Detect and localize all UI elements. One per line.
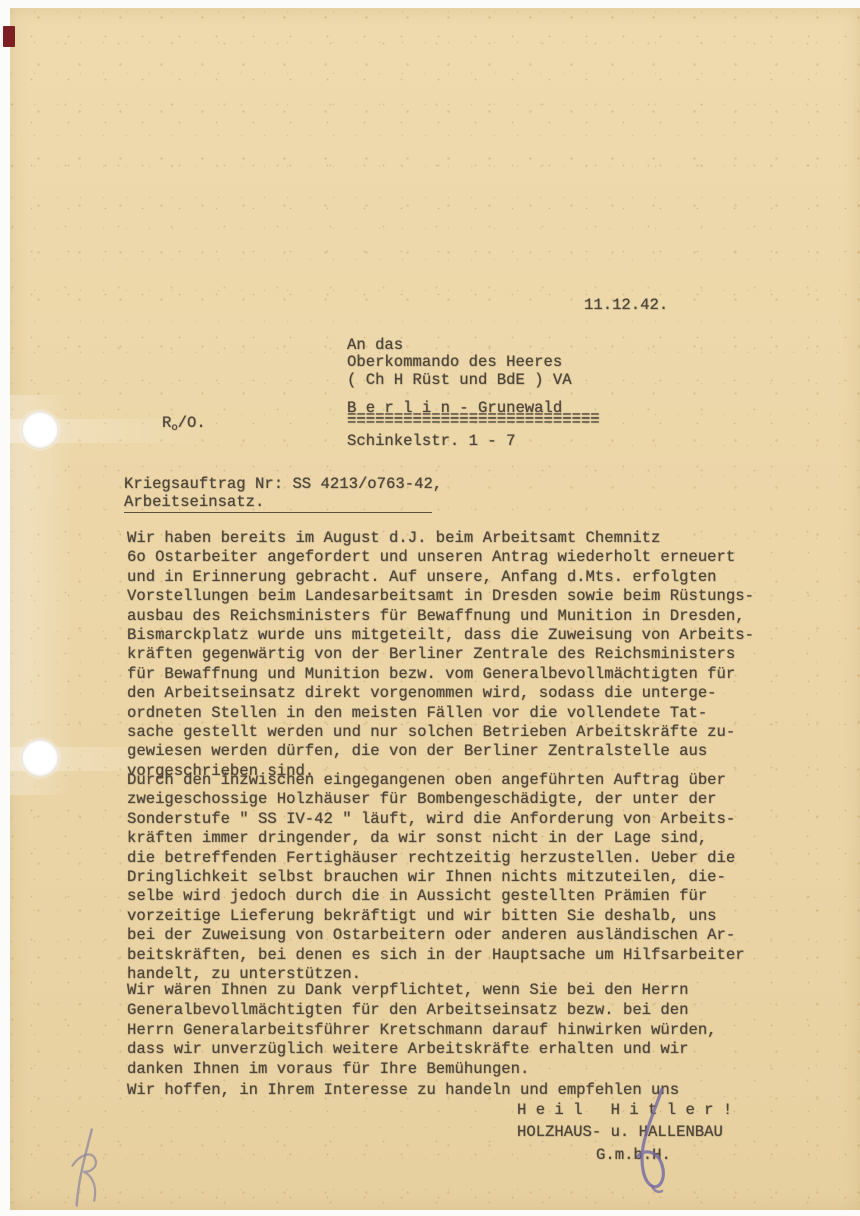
letter-date: 11.12.42. xyxy=(584,296,668,314)
red-edge-mark xyxy=(3,26,15,47)
office-code-main: R xyxy=(162,414,171,432)
handwritten-signature-mark xyxy=(616,1085,688,1197)
subject-line-2-text: Arbeitseinsatz. xyxy=(124,493,264,511)
body-paragraph-2: Durch den inzwischen eingegangenen oben … xyxy=(127,771,745,984)
city-underline-row2: =========================== xyxy=(347,412,600,422)
office-code: Ro/O. xyxy=(162,414,206,434)
handwritten-initial-mark xyxy=(55,1121,122,1216)
office-code-rest: /O. xyxy=(178,414,206,432)
pre-closing-line: Wir hoffen, in Ihrem Interesse zu handel… xyxy=(127,1081,679,1099)
subject-line-1: Kriegsauftrag Nr: SS 4213/o763-42, xyxy=(124,475,442,493)
recipient-street: Schinkelstr. 1 - 7 xyxy=(347,432,515,450)
body-paragraph-3: Wir wären Ihnen zu Dank verpflichtet, we… xyxy=(127,981,717,1080)
recipient-address-block: An das Oberkommando des Heeres ( Ch H Rü… xyxy=(347,337,572,389)
body-paragraph-1: Wir haben bereits im August d.J. beim Ar… xyxy=(127,529,754,781)
punch-hole-bottom xyxy=(21,739,59,777)
binding-reinforcement-strip xyxy=(10,395,72,795)
subject-line-2: Arbeitseinsatz. xyxy=(124,493,432,513)
scanned-letter-page: 11.12.42. An das Oberkommando des Heeres… xyxy=(0,0,860,1216)
punch-hole-top xyxy=(21,411,59,449)
